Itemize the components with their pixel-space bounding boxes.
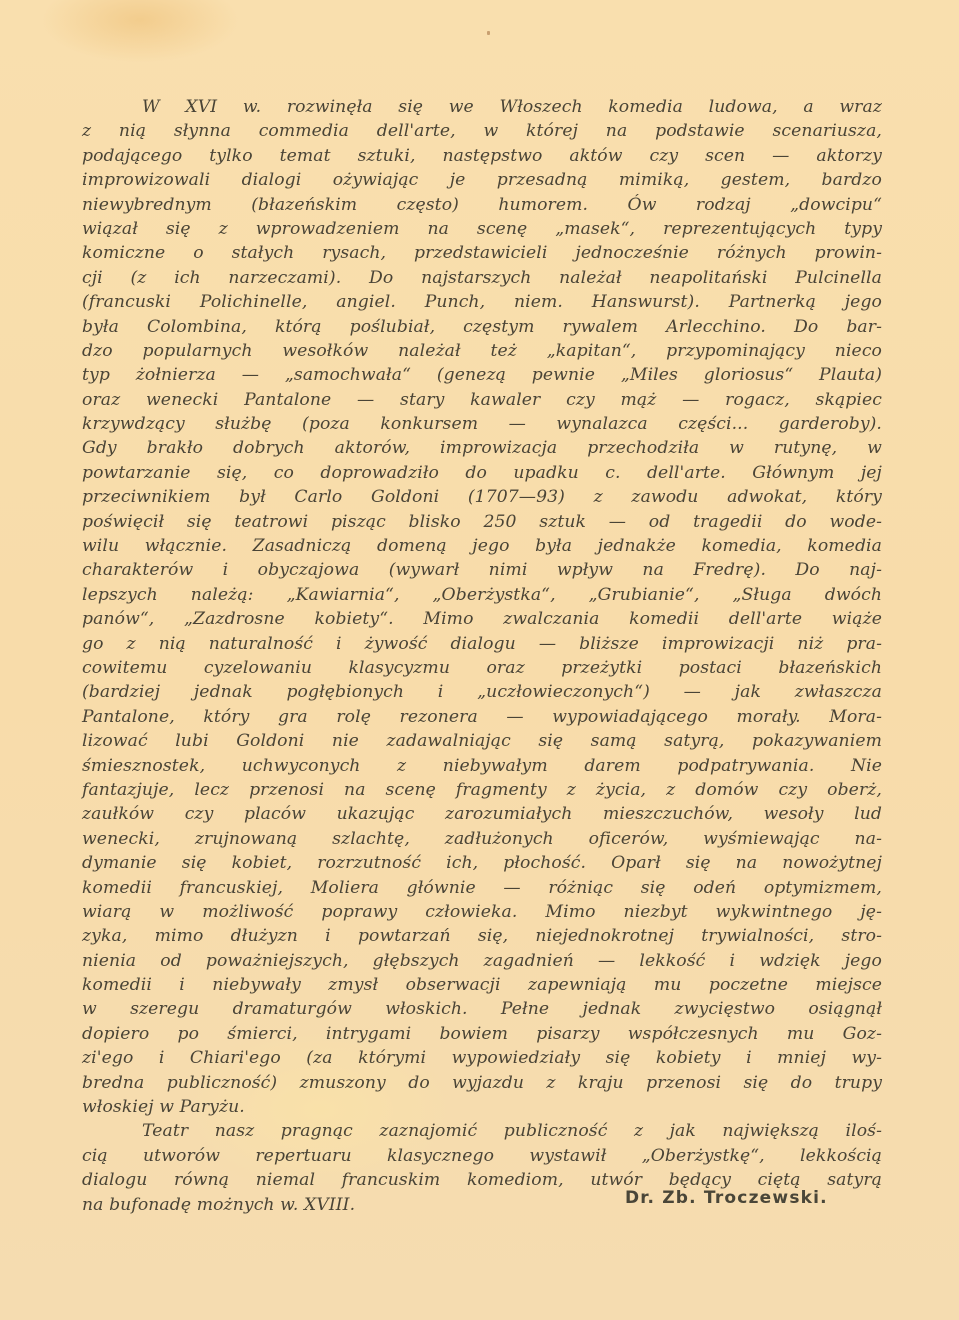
text-line: W XVI w. rozwinęła się we Włoszech komed… [82,95,882,119]
text-line: komedii francuskiej, Moliera głównie — r… [82,876,882,900]
text-line: zyka, mimo dłużyzn i powtarzań się, niej… [82,924,882,948]
article-body: W XVI w. rozwinęła się we Włoszech komed… [82,95,882,1217]
text-line: nienia od poważniejszych, głębszych zaga… [82,949,882,973]
text-line: krzywdzący służbę (poza konkursem — wyna… [82,412,882,436]
text-line: komiczne o stałych rysach, przedstawicie… [82,241,882,265]
text-line: z nią słynna commedia dell'arte, w które… [82,119,882,143]
text-line: (francuski Polichinelle, angiel. Punch, … [82,290,882,314]
text-line: charakterów i obyczajowa (wywarł nimi wp… [82,558,882,582]
text-line: dymanie się kobiet, rozrzutność ich, pło… [82,851,882,875]
text-line: zaułków czy placów ukazując zarozumiałyc… [82,802,882,826]
text-line: wiązał się z wprowadzeniem na scenę „mas… [82,217,882,241]
text-line: Gdy brakło dobrych aktorów, improwizacja… [82,436,882,460]
text-line: fantazjuje, lecz przenosi na scenę fragm… [82,778,882,802]
text-line: powtarzanie się, co doprowadziło do upad… [82,461,882,485]
paragraph-1: W XVI w. rozwinęła się we Włoszech komed… [82,95,882,1119]
author-signature: Dr. Zb. Troczewski. [625,1188,828,1208]
text-line: cji (z ich narzeczami). Do najstarszych … [82,266,882,290]
text-line: podającego tylko temat sztuki, następstw… [82,144,882,168]
text-line: cią utworów repertuaru klasycznego wysta… [82,1144,882,1168]
text-line: wilu włącznie. Zasadniczą domeną jego by… [82,534,882,558]
text-line: bredna publiczność) zmuszony do wyjazdu … [82,1071,882,1095]
text-line: niewybrednym (błazeńskim często) humorem… [82,193,882,217]
text-line: komedii i niebywały zmysł obserwacji zap… [82,973,882,997]
text-line: go z nią naturalność i żywość dialogu — … [82,632,882,656]
text-line: improwizowali dialogi ożywiając je przes… [82,168,882,192]
text-line: dopiero po śmierci, intrygami bowiem pis… [82,1022,882,1046]
text-line: (bardziej jednak pogłębionych i „uczłowi… [82,680,882,704]
text-line: cowitemu cyzelowaniu klasycyzmu oraz prz… [82,656,882,680]
text-line: wenecki, zrujnowaną szlachtę, zadłużonyc… [82,827,882,851]
text-line: śmiesznostek, uchwyconych z niebywałym d… [82,754,882,778]
text-line: Pantalone, który gra rolę rezonera — wyp… [82,705,882,729]
text-line: włoskiej w Paryżu. [82,1095,882,1119]
text-line: była Colombina, którą poślubiał, częstym… [82,315,882,339]
paper-blemish [487,31,490,35]
text-line: oraz wenecki Pantalone — stary kawaler c… [82,388,882,412]
text-line: wiarą w możliwość poprawy człowieka. Mim… [82,900,882,924]
text-line: typ żołnierza — „samochwała“ (genezą pew… [82,363,882,387]
text-line: panów“, „Zazdrosne kobiety“. Mimo zwalcz… [82,607,882,631]
document-page: W XVI w. rozwinęła się we Włoszech komed… [0,0,959,1320]
text-line: poświęcił się teatrowi pisząc blisko 250… [82,510,882,534]
text-line: Teatr nasz pragnąc zaznajomić publicznoś… [82,1119,882,1143]
text-line: zi'ego i Chiari'ego (za którymi wypowied… [82,1046,882,1070]
text-line: w szeregu dramaturgów włoskich. Pełne je… [82,997,882,1021]
text-line: lepszych należą: „Kawiarnia“, „Oberżystk… [82,583,882,607]
text-line: przeciwnikiem był Carlo Goldoni (1707—93… [82,485,882,509]
text-line: lizować lubi Goldoni nie zadawalniając s… [82,729,882,753]
text-line: dzo popularnych wesołków należał też „ka… [82,339,882,363]
